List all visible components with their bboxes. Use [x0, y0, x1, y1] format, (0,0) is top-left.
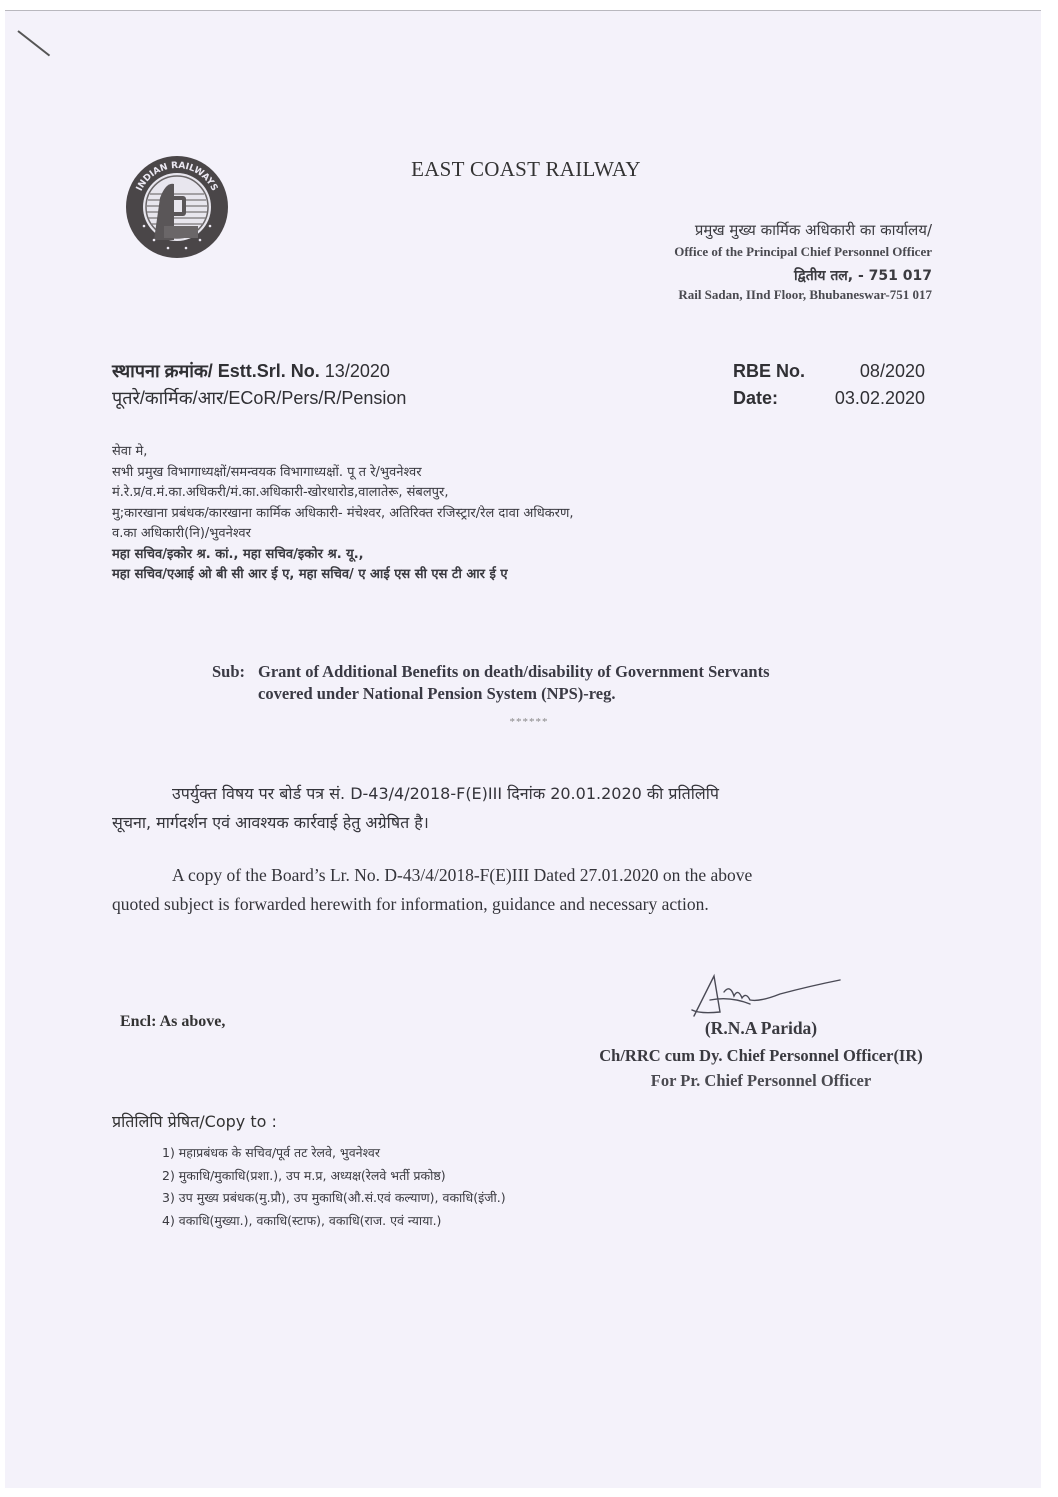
addressee-line: मु;कारखाना प्रबंधक/कारखाना कार्मिक अधिका…: [112, 504, 574, 525]
estt-label: स्थापना क्रमांक/ Estt.Srl. No.: [112, 361, 320, 381]
document-date: Date:03.02.2020: [733, 388, 925, 409]
addressee-line: व.का अधिकारी(नि)/भुवनेश्वर: [112, 524, 574, 545]
subject-label: Sub:: [212, 661, 245, 683]
body-line: सूचना, मार्गदर्शन एवं आवश्यक कार्रवाई हे…: [112, 808, 719, 837]
office-address: Rail Sadan, IInd Floor, Bhubaneswar-751 …: [678, 287, 932, 303]
organization-title: EAST COAST RAILWAY: [0, 157, 1058, 182]
addressee-line: महा सचिव/इकोर श्र. कां., महा सचिव/इकोर श…: [112, 545, 574, 566]
rbe-number: RBE No.08/2020: [733, 361, 925, 382]
office-floor-hindi: द्वितीय तल, - 751 017: [794, 266, 932, 285]
enclosure-note: Encl: As above,: [120, 1013, 225, 1031]
separator: ******: [0, 716, 1058, 728]
rbe-label: RBE No.: [733, 361, 825, 382]
body-paragraph-english: A copy of the Board’s Lr. No. D-43/4/201…: [112, 861, 752, 919]
subject-block: Sub: Grant of Additional Benefits on dea…: [258, 661, 770, 705]
addressee-block: सेवा मे, सभी प्रमुख विभागाध्यक्षों/समन्व…: [112, 442, 574, 586]
subject-line: covered under National Pension System (N…: [258, 683, 770, 705]
date-label: Date:: [733, 388, 825, 409]
body-line: उपर्युक्त विषय पर बोर्ड पत्र सं. D-43/4/…: [172, 784, 719, 803]
file-reference: पूतरे/कार्मिक/आर/ECoR/Pers/R/Pension: [112, 386, 406, 410]
copy-to-item: 1) महाप्रबंधक के सचिव/पूर्व तट रेलवे, भु…: [162, 1142, 506, 1165]
addressee-line: महा सचिव/एआई ओ बी सी आर ई ए, महा सचिव/ ए…: [112, 565, 574, 586]
copy-to-item: 4) वकाधि(मुख्या.), वकाधि(स्टाफ), वकाधि(र…: [162, 1210, 506, 1233]
copy-to-item: 2) मुकाधि/मुकाधि(प्रशा.), उप म.प्र, अध्य…: [162, 1165, 506, 1188]
office-name-english: Office of the Principal Chief Personnel …: [674, 244, 932, 260]
establishment-serial: स्थापना क्रमांक/ Estt.Srl. No. 13/2020: [112, 359, 390, 383]
addressee-line: मं.रे.प्र/व.मं.का.अधिकरी/मं.का.अधिकारी-ख…: [112, 483, 574, 504]
office-name-hindi: प्रमुख मुख्य कार्मिक अधिकारी का कार्यालय…: [695, 220, 932, 240]
signature: [690, 966, 860, 1021]
estt-number: 13/2020: [325, 361, 390, 381]
copy-to-item: 3) उप मुख्य प्रबंधक(मु.प्रौ), उप मुकाधि(…: [162, 1187, 506, 1210]
copy-to-list: 1) महाप्रबंधक के सचिव/पूर्व तट रेलवे, भु…: [162, 1142, 506, 1232]
body-line: A copy of the Board’s Lr. No. D-43/4/201…: [172, 865, 752, 885]
body-paragraph-hindi: उपर्युक्त विषय पर बोर्ड पत्र सं. D-43/4/…: [112, 779, 719, 837]
copy-to-label: प्रतिलिपि प्रेषित/Copy to :: [112, 1110, 277, 1132]
rbe-value: 08/2020: [825, 361, 925, 382]
salutation: सेवा मे,: [112, 442, 574, 463]
addressee-line: सभी प्रमुख विभागाध्यक्षों/समन्वयक विभागा…: [112, 463, 574, 484]
body-line: quoted subject is forwarded herewith for…: [112, 890, 752, 919]
subject-line: Grant of Additional Benefits on death/di…: [258, 661, 770, 683]
date-value: 03.02.2020: [825, 388, 925, 409]
